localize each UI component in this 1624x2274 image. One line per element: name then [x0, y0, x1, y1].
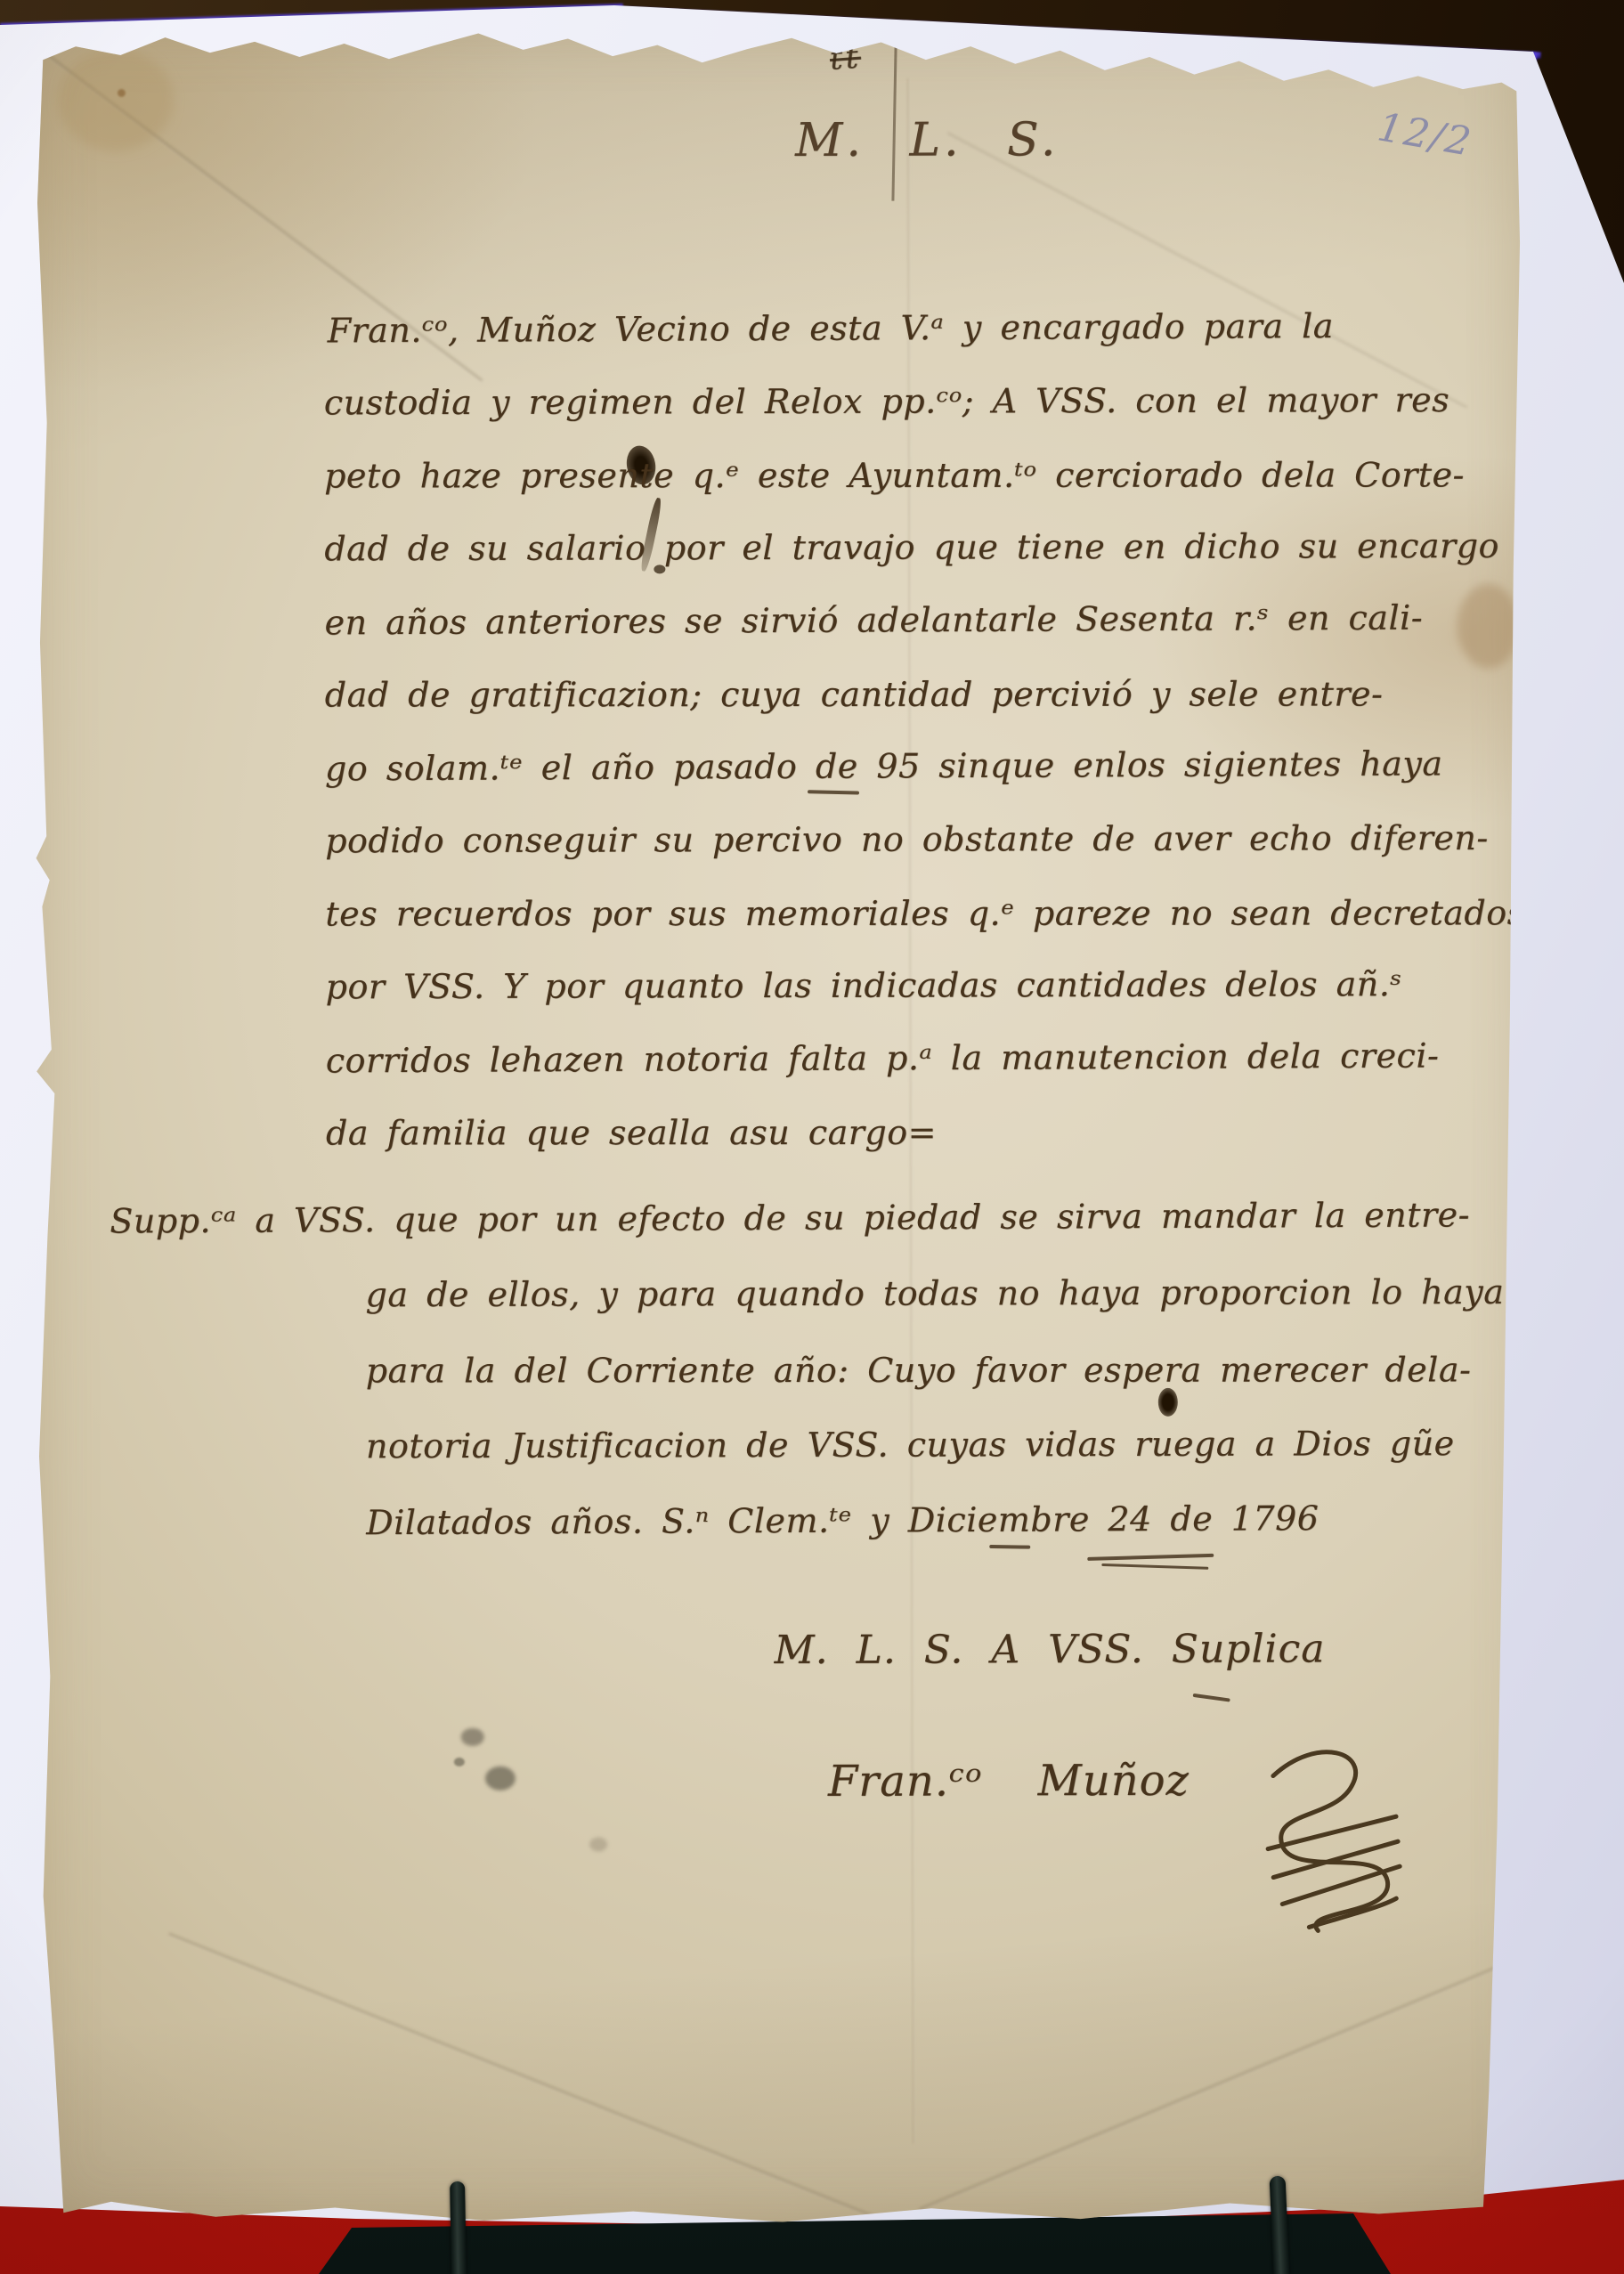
letter-line: ga de ellos, y para quando todas no haya… — [34, 1255, 1518, 1334]
ink-underline — [1193, 1693, 1230, 1702]
closing-line: M. L. S. A VSS. Suplica — [774, 1626, 1325, 1673]
letter-line: Dilatados años. S.ⁿ Clem.ᵗᵉ y Diciembre … — [35, 1480, 1519, 1563]
letter-line: peto haze presente q.ᵉ este Ayuntam.ᵗᵒ c… — [32, 438, 1516, 512]
letter-line: da familia que sealla asu cargo= — [34, 1095, 1518, 1169]
letter-body: Fran.ᶜᵒ, Muñoz Vecino de esta V.ᵃ y enca… — [32, 290, 1520, 1561]
letter-line: custodia y regimen del Relox pp.ᶜᵒ; A VS… — [32, 363, 1516, 440]
letter-line: dad de gratificazion; cuya cantidad perc… — [33, 657, 1517, 731]
letter-line: podido conseguir su percivo no obstante … — [33, 801, 1517, 878]
letter-line: Fran.ᶜᵒ, Muñoz Vecino de esta V.ᵃ y enca… — [31, 288, 1515, 369]
archival-mark: 12/2 — [1375, 104, 1476, 166]
photo-of-manuscript: tt M. L. S. 12/2 Fran.ᶜᵒ, Muñoz Vecino d… — [0, 0, 1624, 2274]
manuscript-paper: tt M. L. S. 12/2 Fran.ᶜᵒ, Muñoz Vecino d… — [31, 23, 1528, 2226]
letter-line: dad de su salario por el travajo que tie… — [32, 509, 1516, 586]
signature-rubric — [1246, 1742, 1417, 1937]
letter-line: go solam.ᵗᵉ el año pasado de 95 sinque e… — [33, 727, 1517, 807]
foxing-spot — [118, 89, 126, 97]
ink-underline — [1101, 1563, 1208, 1570]
letter-line: en años anteriores se sirvió adelantarle… — [32, 581, 1516, 661]
stand-prong-left — [450, 2181, 467, 2274]
letter-heading: M. L. S. — [795, 113, 1059, 167]
ink-underline — [989, 1545, 1030, 1549]
letter-line: tes recuerdos por sus memoriales q.ᵉ par… — [33, 876, 1517, 950]
stain — [454, 1758, 465, 1766]
signature: Fran.ᶜᵒ Muñoz — [828, 1756, 1190, 1807]
letter-line: corridos lehazen notoria falta p.ᵃ la ma… — [34, 1019, 1518, 1099]
foxing-stain — [58, 49, 174, 151]
letter-line: para la del Corriente año: Cuyo favor es… — [35, 1332, 1519, 1409]
paper-crease — [168, 1932, 918, 2236]
stain — [461, 1728, 484, 1746]
letter-line: notoria Justificacion de VSS. cuyas vida… — [35, 1406, 1519, 1485]
paper-crease — [918, 1965, 1498, 2211]
letter-line: Supp.ᶜᵃ a VSS. que por un efecto de su p… — [34, 1177, 1518, 1260]
stain — [485, 1766, 516, 1791]
letter-line: por VSS. Y por quanto las indicadas cant… — [33, 947, 1517, 1024]
stain — [589, 1838, 607, 1852]
